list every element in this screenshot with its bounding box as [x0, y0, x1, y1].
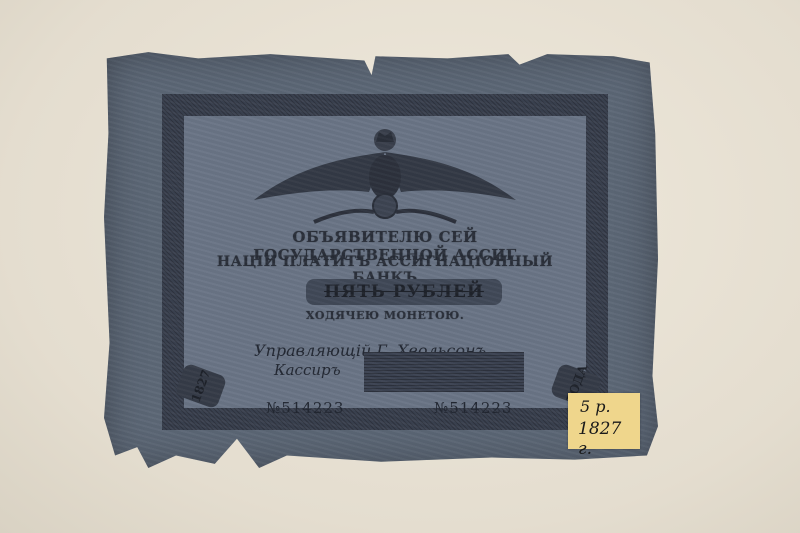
denomination: ПЯТЬ РУБЛЕЙ	[306, 279, 502, 305]
serial-number-left: №514223	[266, 399, 344, 417]
cashier-signature-box	[364, 352, 524, 392]
label-amount: 5 р.	[580, 397, 611, 416]
collector-label: 5 р. 1827 г.	[568, 393, 640, 449]
banknote-frame: ОБЪЯВИТЕЛЮ СЕЙ ГОСУДАРСТВЕННОЙ АССИГ НАЦ…	[162, 94, 608, 430]
cashier-label: Кассиръ	[274, 361, 341, 379]
year-cartouche: 1827	[175, 363, 228, 410]
serial-number-right: №514223	[434, 399, 512, 417]
text-line-3: ХОДЯЧЕЮ МОНЕТОЮ.	[194, 309, 576, 322]
label-year: 1827 г.	[578, 419, 640, 459]
text-line-1: ОБЪЯВИТЕЛЮ СЕЙ ГОСУДАРСТВЕННОЙ АССИГ	[194, 228, 576, 264]
text-line-2: НАЦІИ ПЛАТИТЪ АССИГНАЦІОННЫЙ БАНКЪ	[194, 254, 576, 286]
manager-signature: Управляющій Г. Хвольсонъ	[254, 341, 486, 360]
double-headed-eagle-icon	[184, 122, 586, 232]
